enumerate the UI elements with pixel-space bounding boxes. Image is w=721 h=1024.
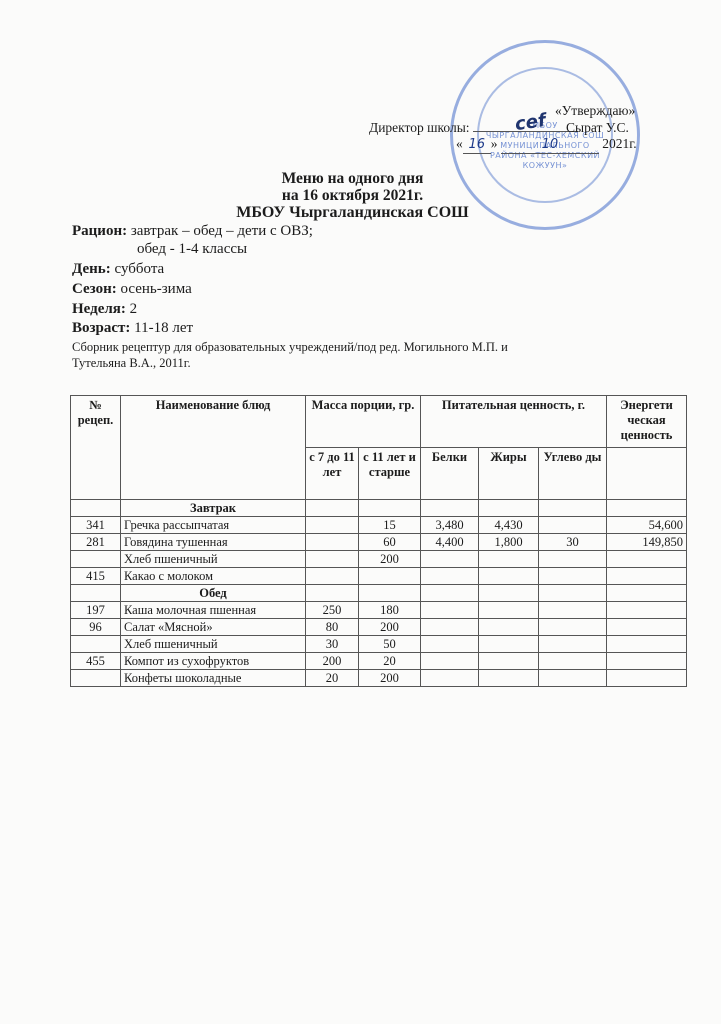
header-age-7-11: с 7 до 11 лет (306, 448, 359, 500)
date-quote-open: « (456, 136, 463, 151)
carbs-cell (539, 602, 607, 619)
mass-7-11-cell: 20 (306, 670, 359, 687)
energy-cell: 54,600 (607, 517, 687, 534)
mass-11-plus-cell: 15 (359, 517, 421, 534)
mass-7-11-cell: 30 (306, 636, 359, 653)
header-recipe-no: № рецеп. (71, 396, 121, 500)
table-row: 341Гречка рассыпчатая153,4804,43054,600 (71, 517, 687, 534)
carbs-cell (539, 670, 607, 687)
proteins-cell (421, 568, 479, 585)
recipe-no-cell: 96 (71, 619, 121, 636)
age-line: Возраст: 11-18 лет (72, 319, 193, 337)
ration-value-2: обед - 1-4 классы (137, 240, 247, 258)
header-dish-name: Наименование блюд (121, 396, 306, 500)
week-line: Неделя: 2 (72, 300, 137, 318)
mass-7-11-cell (306, 568, 359, 585)
empty-cell (71, 500, 121, 517)
proteins-cell: 3,480 (421, 517, 479, 534)
proteins-cell (421, 670, 479, 687)
energy-cell (607, 619, 687, 636)
proteins-cell (421, 551, 479, 568)
dish-name-cell: Гречка рассыпчатая (121, 517, 306, 534)
proteins-cell (421, 653, 479, 670)
fats-cell: 4,430 (479, 517, 539, 534)
header-portion-mass: Масса порции, гр. (306, 396, 421, 448)
menu-table-body: Завтрак341Гречка рассыпчатая153,4804,430… (71, 500, 687, 687)
age-label: Возраст: (72, 320, 130, 336)
school-name: МБОУ Чыргаландинская СОШ (0, 204, 713, 222)
day-value: суббота (114, 261, 164, 277)
dish-name-cell: Салат «Мясной» (121, 619, 306, 636)
section-title: Завтрак (121, 500, 306, 517)
carbs-cell (539, 653, 607, 670)
mass-7-11-cell: 250 (306, 602, 359, 619)
empty-cell (306, 500, 359, 517)
date-month: 10 (501, 136, 599, 154)
mass-7-11-cell (306, 517, 359, 534)
mass-11-plus-cell: 200 (359, 670, 421, 687)
table-row: 455Компот из сухофруктов20020 (71, 653, 687, 670)
mass-11-plus-cell: 180 (359, 602, 421, 619)
header-nutrition: Питательная ценность, г. (421, 396, 607, 448)
director-name: Сырат У.С. (566, 119, 629, 136)
empty-cell (539, 500, 607, 517)
empty-cell (479, 500, 539, 517)
director-label-text: Директор школы: (369, 120, 470, 135)
ration-line: Рацион: завтрак – обед – дети с ОВЗ; (72, 222, 313, 240)
carbs-cell (539, 619, 607, 636)
mass-11-plus-cell: 20 (359, 653, 421, 670)
empty-cell (421, 585, 479, 602)
empty-cell (359, 500, 421, 517)
date-day: 16 (463, 136, 491, 154)
dish-name-cell: Каша молочная пшенная (121, 602, 306, 619)
dish-name-cell: Хлеб пшеничный (121, 636, 306, 653)
approval-title: «Утверждаю» (555, 102, 635, 119)
header-energy: Энергети ческая ценность (607, 396, 687, 448)
fats-cell (479, 636, 539, 653)
empty-cell (607, 500, 687, 517)
section-row: Обед (71, 585, 687, 602)
section-row: Завтрак (71, 500, 687, 517)
energy-cell: 149,850 (607, 534, 687, 551)
header-energy-sub (607, 448, 687, 500)
dish-name-cell: Говядина тушенная (121, 534, 306, 551)
menu-date: на 16 октября 2021г. (0, 187, 713, 205)
carbs-cell (539, 636, 607, 653)
dish-name-cell: Конфеты шоколадные (121, 670, 306, 687)
empty-cell (421, 500, 479, 517)
energy-cell (607, 568, 687, 585)
dish-name-cell: Хлеб пшеничный (121, 551, 306, 568)
empty-cell (539, 585, 607, 602)
proteins-cell: 4,400 (421, 534, 479, 551)
energy-cell (607, 636, 687, 653)
fats-cell (479, 602, 539, 619)
week-label: Неделя: (72, 301, 126, 317)
mass-7-11-cell (306, 551, 359, 568)
proteins-cell (421, 602, 479, 619)
fats-cell (479, 670, 539, 687)
season-label: Сезон: (72, 281, 117, 297)
dish-name-cell: Какао с молоком (121, 568, 306, 585)
empty-cell (607, 585, 687, 602)
table-row: Хлеб пшеничный3050 (71, 636, 687, 653)
mass-7-11-cell: 80 (306, 619, 359, 636)
mass-11-plus-cell (359, 568, 421, 585)
header-carbs: Углево ды (539, 448, 607, 500)
empty-cell (359, 585, 421, 602)
mass-7-11-cell: 200 (306, 653, 359, 670)
carbs-cell (539, 568, 607, 585)
table-row: 415Какао с молоком (71, 568, 687, 585)
source-reference: Сборник рецептур для образовательных учр… (72, 340, 508, 355)
mass-11-plus-cell: 60 (359, 534, 421, 551)
day-label: День: (72, 261, 111, 277)
table-row: 96Салат «Мясной»80200 (71, 619, 687, 636)
carbs-cell (539, 551, 607, 568)
header-age-11-plus: с 11 лет и старше (359, 448, 421, 500)
mass-11-plus-cell: 200 (359, 551, 421, 568)
carbs-cell: 30 (539, 534, 607, 551)
recipe-no-cell (71, 551, 121, 568)
recipe-no-cell: 197 (71, 602, 121, 619)
proteins-cell (421, 636, 479, 653)
season-value: осень-зима (121, 281, 192, 297)
recipe-no-cell: 415 (71, 568, 121, 585)
recipe-no-cell: 341 (71, 517, 121, 534)
dish-name-cell: Компот из сухофруктов (121, 653, 306, 670)
source-reference-2: Тутельяна В.А., 2011г. (72, 356, 191, 371)
mass-11-plus-cell: 50 (359, 636, 421, 653)
empty-cell (306, 585, 359, 602)
fats-cell (479, 551, 539, 568)
date-year: 2021г. (602, 136, 636, 151)
table-row: 197Каша молочная пшенная250180 (71, 602, 687, 619)
signature: сеf (514, 110, 547, 135)
fats-cell (479, 653, 539, 670)
ration-label: Рацион: (72, 223, 127, 239)
table-row: Хлеб пшеничный200 (71, 551, 687, 568)
date-quote-close: » (491, 136, 498, 151)
fats-cell: 1,800 (479, 534, 539, 551)
menu-title: Меню на одного дня (0, 170, 713, 188)
fats-cell (479, 568, 539, 585)
season-line: Сезон: осень-зима (72, 280, 192, 298)
recipe-no-cell (71, 636, 121, 653)
empty-cell (71, 585, 121, 602)
mass-7-11-cell (306, 534, 359, 551)
day-line: День: суббота (72, 260, 164, 278)
document-page: МБОУ ЧЫРГАЛАНДИНСКАЯ СОШ МУНИЦИПАЛЬНОГО … (0, 0, 721, 1024)
header-fats: Жиры (479, 448, 539, 500)
table-row: Конфеты шоколадные20200 (71, 670, 687, 687)
recipe-no-cell (71, 670, 121, 687)
recipe-no-cell: 455 (71, 653, 121, 670)
table-row: 281Говядина тушенная604,4001,80030149,85… (71, 534, 687, 551)
age-value: 11-18 лет (134, 320, 193, 336)
fats-cell (479, 619, 539, 636)
ration-value: завтрак – обед – дети с ОВЗ; (131, 223, 313, 239)
energy-cell (607, 602, 687, 619)
menu-table: № рецеп. Наименование блюд Масса порции,… (70, 395, 687, 687)
mass-11-plus-cell: 200 (359, 619, 421, 636)
proteins-cell (421, 619, 479, 636)
energy-cell (607, 551, 687, 568)
carbs-cell (539, 517, 607, 534)
energy-cell (607, 653, 687, 670)
section-title: Обед (121, 585, 306, 602)
week-value: 2 (130, 301, 138, 317)
recipe-no-cell: 281 (71, 534, 121, 551)
approval-date: «16» 10 2021г. (456, 135, 637, 154)
header-proteins: Белки (421, 448, 479, 500)
energy-cell (607, 670, 687, 687)
empty-cell (479, 585, 539, 602)
